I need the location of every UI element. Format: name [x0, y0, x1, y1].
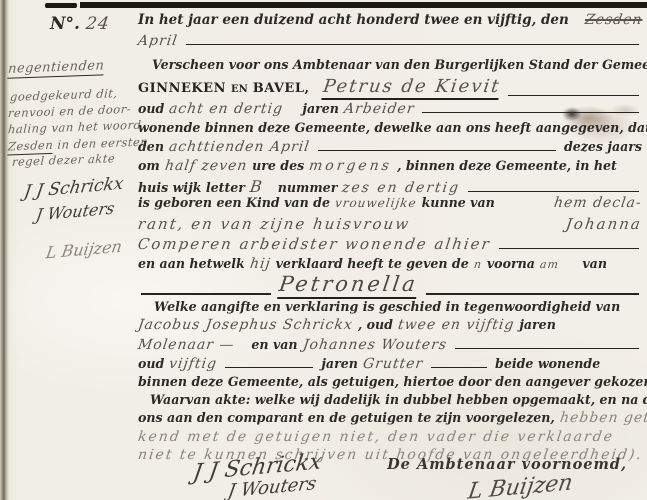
years-label: jaren — [302, 101, 339, 116]
both-residing-label: beide wonende — [495, 356, 600, 371]
body-line-12: Comperen arbeidster wonende alhier — [138, 235, 642, 253]
declarant-age: acht en dertig — [168, 101, 284, 117]
of-declarant-text: hem decla- — [553, 195, 643, 211]
birth-date: achttienden April — [168, 139, 311, 155]
child-first-name: Petronella — [277, 272, 419, 299]
fill-rule — [318, 150, 556, 151]
birth-time: half zeven — [164, 158, 249, 174]
body-line-7: den achttienden April dezes jaars — [138, 139, 642, 155]
body-line-20: Waarvan akte: welke wij dadelijk in dubb… — [138, 392, 647, 407]
aged-label2: oud — [138, 356, 164, 371]
margin-note-line: goedgekeurd dit, — [10, 86, 119, 104]
fill-rule — [422, 112, 639, 113]
declaration-witnesses-text: Welke aangifte en verklaring is geschied… — [154, 299, 620, 314]
mother-intro-text: rant, en van zijne huisvrouw — [137, 215, 412, 233]
fill-rule — [186, 44, 639, 45]
fill-rule — [225, 367, 313, 368]
mother-surname-occupation: Comperen arbeidster wonende alhier — [137, 235, 492, 253]
fill-rule — [455, 348, 639, 349]
witness2-age: vijftig — [168, 356, 218, 372]
have-signed-text: hebben getee- — [559, 410, 647, 426]
body-line-22: kend met de getuigen niet, den vader die… — [138, 429, 642, 445]
of-label: van — [582, 256, 607, 271]
fill-rule — [468, 191, 639, 192]
margin-note-line: Zesden in den eersten — [8, 135, 149, 154]
body-line-15: Welke aangifte en verklaring is geschied… — [138, 299, 647, 314]
witnesses-chosen-text: binnen deze Gemeente, als getuigen, hier… — [138, 374, 647, 389]
deed-drawn-text: Waarvan akte: welke wij dadelijk in dubb… — [150, 392, 647, 407]
margin-note-rest: in den eersten — [57, 135, 149, 152]
witness2-occupation: Grutter — [362, 356, 424, 372]
aged-label: , oud — [358, 317, 393, 332]
of-this-year-text: dezes jaars — [564, 139, 642, 154]
body-line-10: is geboren een Kind van de vrouwelijke k… — [138, 195, 642, 211]
act-number: N°. 24 — [50, 14, 110, 34]
body-line-4: GINNEKEN EN BAVEL, Petrus de Kievit — [138, 76, 642, 100]
witness2-name: Johannes Wouters — [301, 337, 447, 353]
at-label: om — [138, 158, 160, 173]
municipality-conjunction: EN — [231, 84, 248, 95]
registrar-title: De Ambtenaar voornoemd, — [387, 456, 627, 473]
fill-rule — [499, 248, 639, 249]
years-label3: jaren — [321, 356, 358, 371]
years-label2: jaren — [519, 317, 556, 332]
house-letter: B — [249, 177, 264, 196]
body-line-18: oud vijftig jaren Grutter beide wonende — [138, 356, 642, 372]
number-label: nummer — [278, 180, 338, 195]
am-inserted: am — [539, 258, 560, 271]
body-line-17: Molenaar — en van Johannes Wouters — [138, 337, 642, 353]
witness1-name: Jacobus Josephus Schrickx — [137, 317, 354, 333]
body-line-3: Verscheen voor ons Ambtenaar van den Bur… — [138, 57, 647, 72]
margin-note-line: haling van het woord — [8, 118, 142, 137]
gender-of-label: kunne van — [422, 195, 495, 210]
body-line-6: wonende binnen deze Gemeente, dewelke aa… — [138, 120, 642, 135]
time-of-day: morgens — [308, 158, 393, 174]
struck-date-word: Zesden — [583, 12, 643, 28]
n-inserted: n — [473, 258, 483, 271]
month-handwritten: April — [137, 33, 179, 49]
appeared-before-text: Verscheen voor ons Ambtenaar van den Bur… — [152, 57, 647, 72]
body-line-14: Petronella — [138, 272, 642, 299]
body-line-1: In het jaar een duizend acht honderd twe… — [138, 12, 642, 28]
declarant-name: Petrus de Kievit — [321, 76, 502, 100]
body-line-13: en aan hetwelk hij verklaard heeft te ge… — [138, 256, 642, 272]
born-child-text: is geboren een Kind van de — [138, 195, 330, 210]
act-year-text: In het jaar een duizend acht honderd twe… — [138, 12, 569, 28]
top-border-segment — [45, 3, 77, 8]
witness1-occupation: Molenaar — — [137, 337, 236, 353]
fill-rule — [426, 293, 639, 295]
mother-first-name: Johanna — [565, 215, 643, 233]
hour-label: ure des — [252, 158, 304, 173]
child-gender: vrouwelijke — [334, 196, 418, 210]
body-line-21: ons aan den comparant en de getuigen te … — [138, 410, 642, 426]
birth-certificate-scan: N°. 24 negentienden goedgekeurd dit, ren… — [0, 0, 647, 500]
signed-with-witnesses-text: kend met de getuigen niet, den vader die… — [137, 429, 615, 445]
signature-registrar: L Buijzen — [466, 470, 574, 500]
residing-text: wonende binnen deze Gemeente, dewelke aa… — [138, 120, 647, 135]
margin-signature-registrar: L Buijzen — [45, 237, 124, 263]
on-the-label: den — [138, 139, 164, 154]
house-letter-label: huis wijk letter — [138, 180, 245, 195]
fill-rule — [508, 95, 639, 96]
read-aloud-text: ons aan den comparant en de getuigen te … — [138, 410, 555, 425]
municipality-name: GINNEKEN — [138, 81, 226, 96]
body-line-9: huis wijk letter B nummer zes en dertig — [138, 177, 642, 196]
fill-rule — [431, 367, 487, 368]
declarant-occupation: Arbeider — [343, 101, 416, 117]
top-border — [80, 2, 647, 8]
municipality-name2: BAVEL, — [253, 81, 310, 96]
act-number-label: N°. — [50, 14, 80, 34]
act-number-value: 24 — [84, 14, 110, 34]
body-line-11: rant, en van zijne huisvrouw Johanna — [138, 215, 642, 233]
margin-note-line: renvooi en de door- — [8, 102, 132, 120]
age-label: oud — [138, 101, 164, 116]
and-to-which-text: en aan hetwelk — [138, 256, 245, 271]
house-number: zes en dertig — [341, 180, 461, 196]
within-municipality-text: , binnen deze Gemeente, in het — [397, 158, 617, 173]
margin-inserted-word: negentienden — [7, 58, 104, 78]
body-line-2: April — [138, 33, 642, 49]
declared-give-text: verklaard heeft te geven de — [276, 256, 469, 271]
and-of-label: en van — [251, 337, 297, 352]
fill-rule — [141, 293, 271, 295]
forename-label: voorna — [487, 256, 535, 271]
body-line-16: Jacobus Josephus Schrickx , oud twee en … — [138, 317, 642, 333]
he-inserted: hij — [249, 256, 272, 272]
margin-note-line: regel dezer akte — [12, 151, 116, 169]
body-line-5: oud acht en dertig jaren Arbeider — [138, 101, 642, 117]
margin-signature-witness2: J Wouters — [35, 198, 116, 224]
witness1-age: twee en vijftig — [397, 317, 516, 333]
body-line-19: binnen deze Gemeente, als getuigen, hier… — [138, 374, 642, 389]
body-line-8: om half zeven ure des morgens , binnen d… — [138, 158, 642, 174]
